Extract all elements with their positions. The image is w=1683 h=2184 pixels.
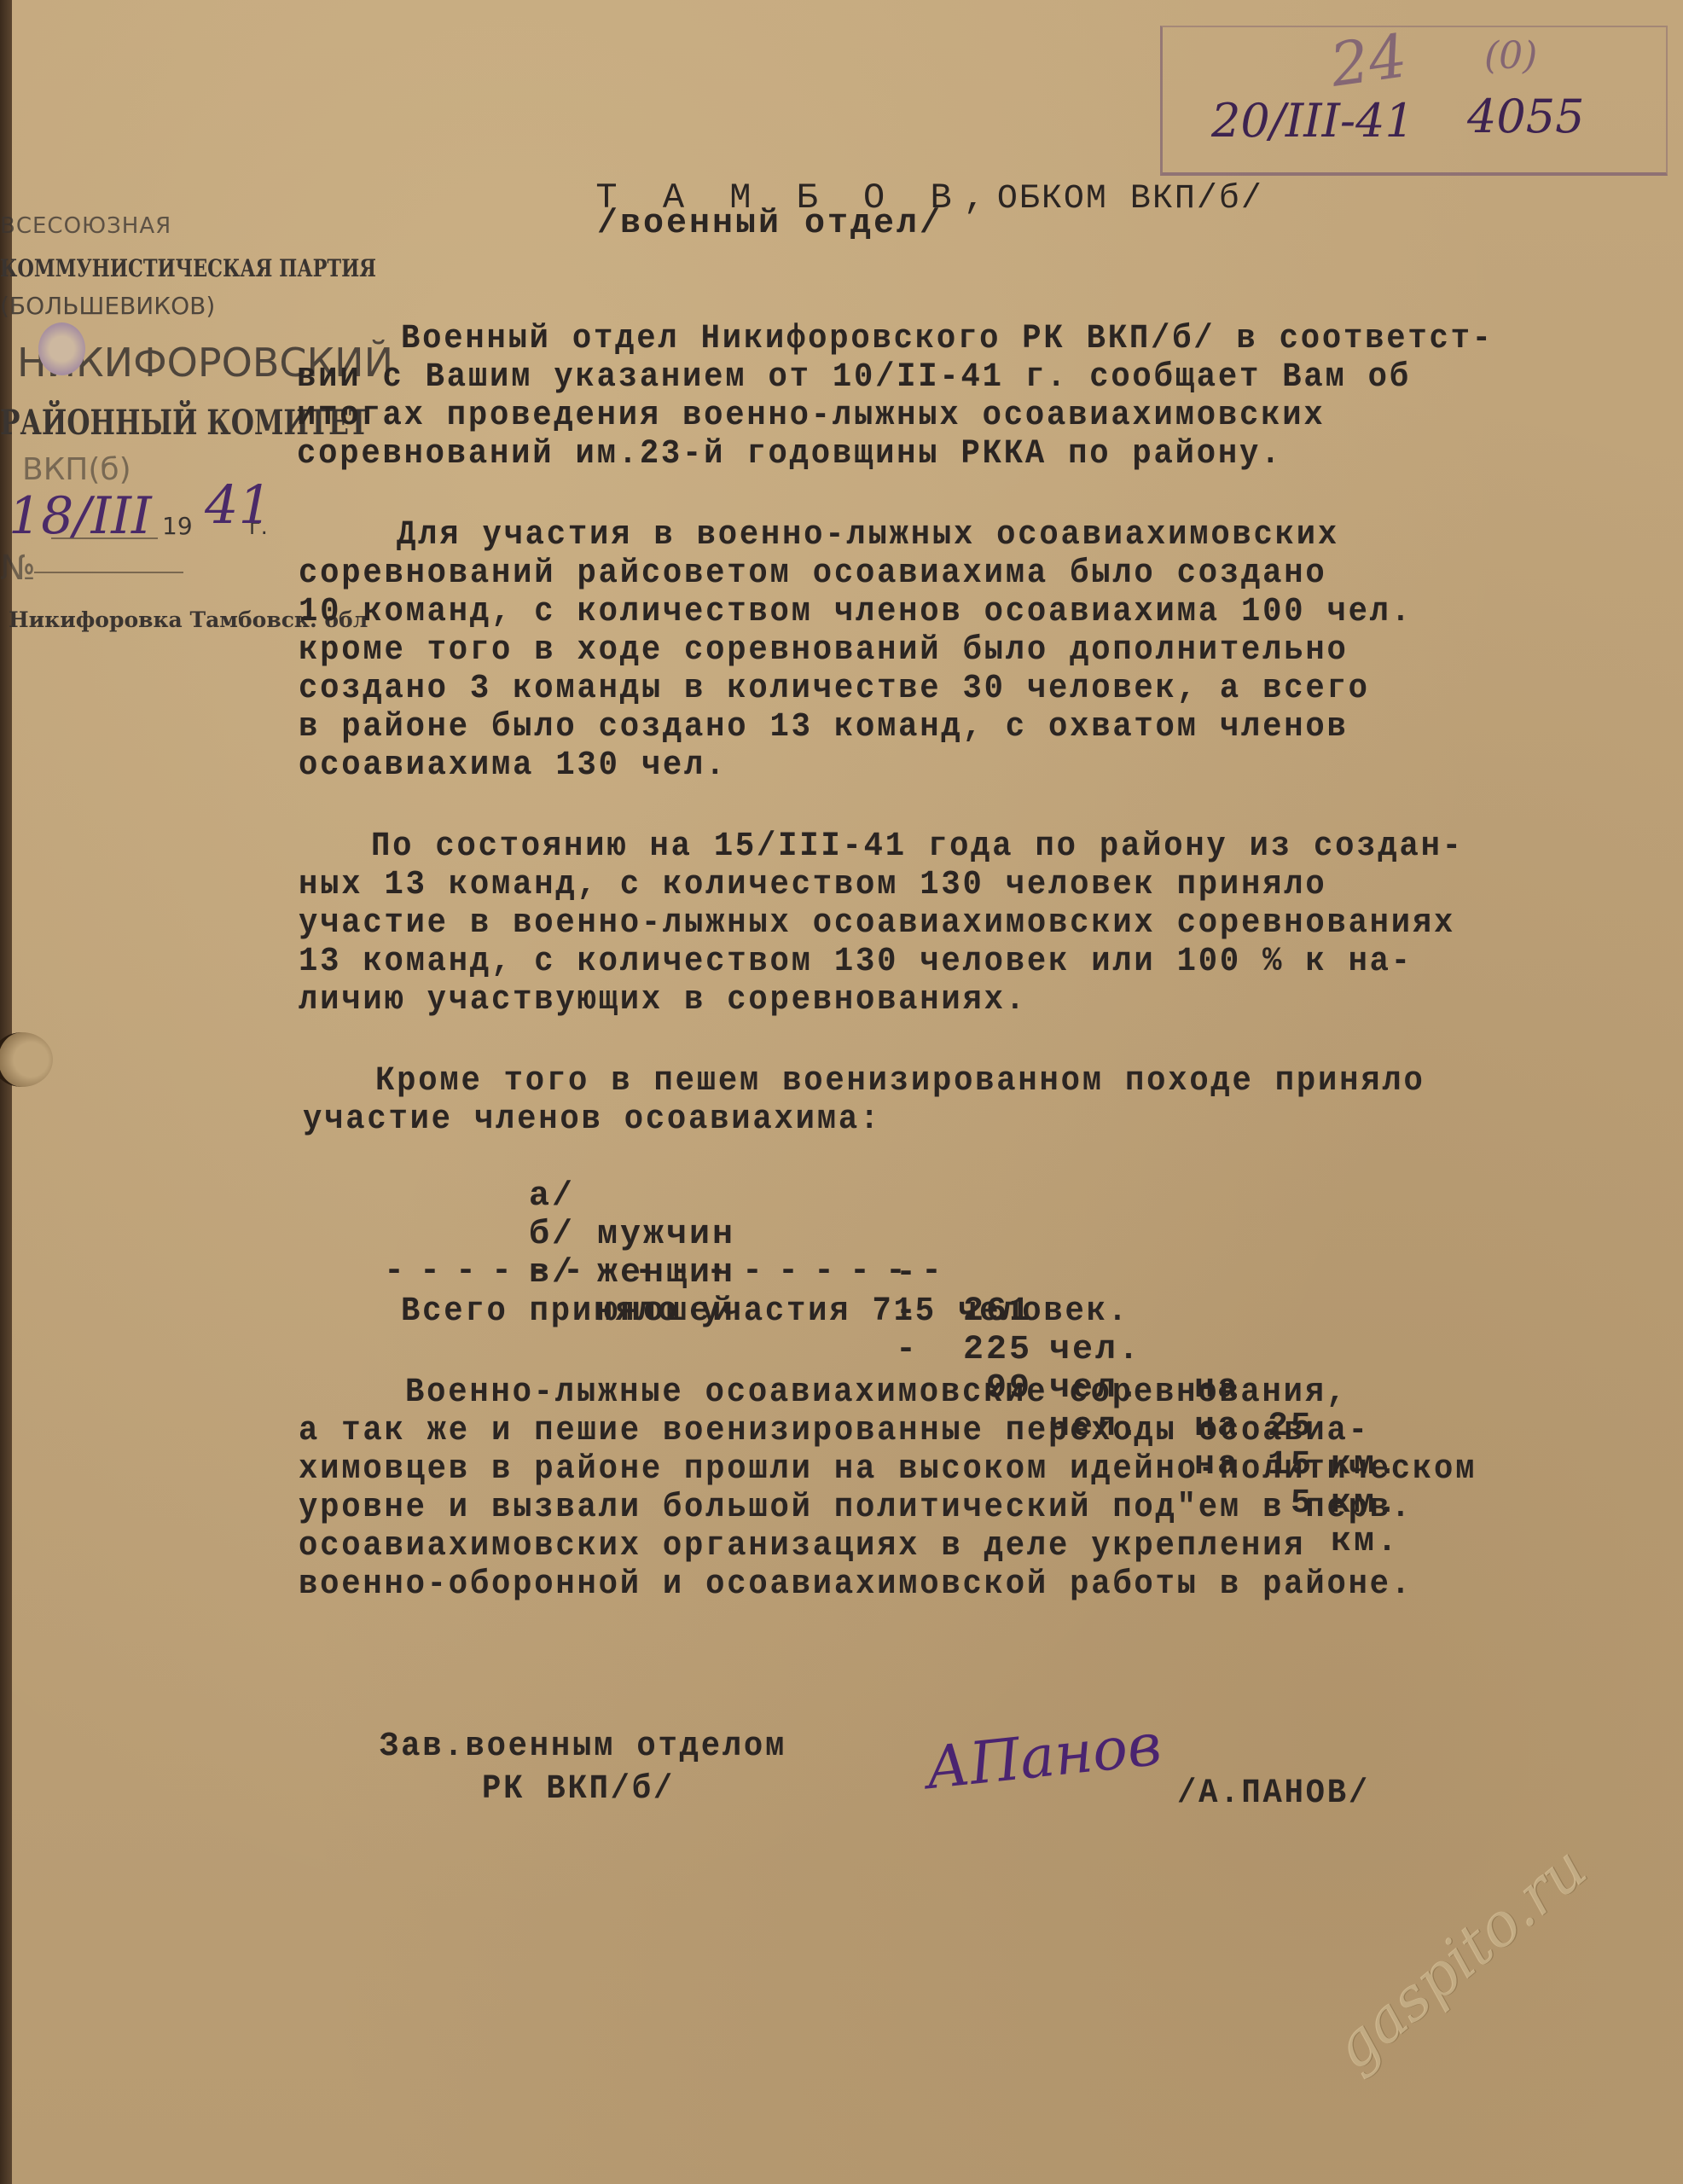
paragraph-2-line-5: создано 3 команды в количестве 30 челове…	[299, 670, 1370, 708]
row-distance-unit: км.	[1331, 1523, 1400, 1561]
paragraph-1-line-2: вии с Вашим указанием от 10/II-41 г. соо…	[297, 358, 1411, 397]
paragraph-3-line-5: личию участвующих в соревнованиях.	[299, 981, 1027, 1019]
conclusion-line-1: Военно-лыжные осоавиахимовские соревнова…	[405, 1374, 1348, 1412]
total-separator: ----------------	[384, 1252, 957, 1291]
paragraph-4-line-2: участие членов осоавиахима:	[303, 1101, 881, 1139]
stamp-hole	[38, 322, 85, 375]
signer-name: /А.ПАНОВ/	[1177, 1774, 1370, 1813]
department-line: /военный отдел/	[597, 205, 943, 243]
row-count: 225	[938, 1331, 1032, 1369]
conclusion-line-2: а так же и пешие военизированные переход…	[299, 1412, 1370, 1450]
stamp-number-label: №	[0, 549, 36, 588]
binding-spine	[0, 0, 12, 2184]
paragraph-1-line-4: соревнований им.23-й годовщины РККА по р…	[297, 435, 1282, 473]
row-unit: чел.	[1049, 1331, 1141, 1369]
paragraph-4-line-1: Кроме того в пешем военизированном поход…	[375, 1062, 1425, 1101]
paragraph-3-line-4: 13 команд, с количеством 130 человек или…	[299, 943, 1413, 981]
addressee-org: ОБКОМ ВКП/б/	[997, 180, 1263, 218]
stamp-line-vkpb: ВКП(б)	[22, 452, 131, 487]
paragraph-2-line-2: соревнований райсоветом осоавиахима было…	[299, 555, 1326, 593]
row-dash: -	[896, 1331, 919, 1369]
conclusion-line-6: военно-оборонной и осоавиахимовской рабо…	[299, 1565, 1413, 1604]
conclusion-line-5: осоавиахимовских организациях в деле укр…	[299, 1527, 1305, 1565]
conclusion-line-3: химовцев в районе прошли на высоком идей…	[299, 1450, 1477, 1489]
stamp-handwritten-year: 41	[205, 473, 272, 536]
signer-title: Зав.военным отделом	[380, 1728, 786, 1766]
stamp-line-union: ВСЕСОЮЗНАЯ	[0, 213, 171, 239]
paragraph-2-line-4: кроме того в ходе соревнований было допо…	[299, 631, 1349, 670]
paragraph-3-line-2: ных 13 команд, с количеством 130 человек…	[299, 866, 1326, 904]
paragraph-1-line-1: Военный отдел Никифоровского РК ВКП/б/ в…	[401, 320, 1494, 358]
paragraph-2-line-6: в районе было создано 13 команд, с охват…	[299, 708, 1349, 746]
conclusion-line-4: уровне и вызвали большой политический по…	[299, 1489, 1413, 1527]
sheet-number: 24	[1326, 20, 1412, 101]
stamp-handwritten-date: 18/III	[9, 486, 152, 546]
paragraph-2-line-3: 10 команд, с количеством членов осоавиах…	[299, 593, 1413, 631]
total-line: Всего приняло участия 715 человек.	[401, 1292, 1129, 1331]
paragraph-2-line-7: осоавиахима 130 чел.	[299, 746, 727, 785]
paragraph-1-line-3: итогах проведения военно-лыжных осоавиах…	[297, 397, 1325, 435]
stamp-number-rule	[34, 572, 183, 573]
stamp-line-bolsheviks: (БОЛЬШЕВИКОВ)	[0, 292, 215, 320]
archive-faint-mark: (0)	[1484, 34, 1537, 78]
paragraph-3-line-3: участие в военно-лыжных осоавиахимовских…	[299, 904, 1455, 943]
stamp-line-party: КОММУНИСТИЧЕСКАЯ ПАРТИЯ	[0, 254, 376, 282]
register-number: 4055	[1467, 90, 1584, 143]
march-row-men: а/ мужчин - 261 чел. на 25 км.	[529, 1139, 1467, 1178]
paragraph-2-line-1: Для участия в военно-лыжных осоавиахимов…	[397, 516, 1339, 555]
stamp-year-prefix: 19	[162, 512, 193, 540]
paragraph-3-line-1: По состоянию на 15/III-41 года по району…	[371, 828, 1464, 866]
march-row-youth: в/ юношей - 99 чел. на 5 км.	[529, 1216, 1467, 1255]
march-row-women: б/ женщин - 225 чел. на 15 км.	[529, 1177, 1467, 1217]
signer-org: РК ВКП/б/	[482, 1770, 675, 1809]
